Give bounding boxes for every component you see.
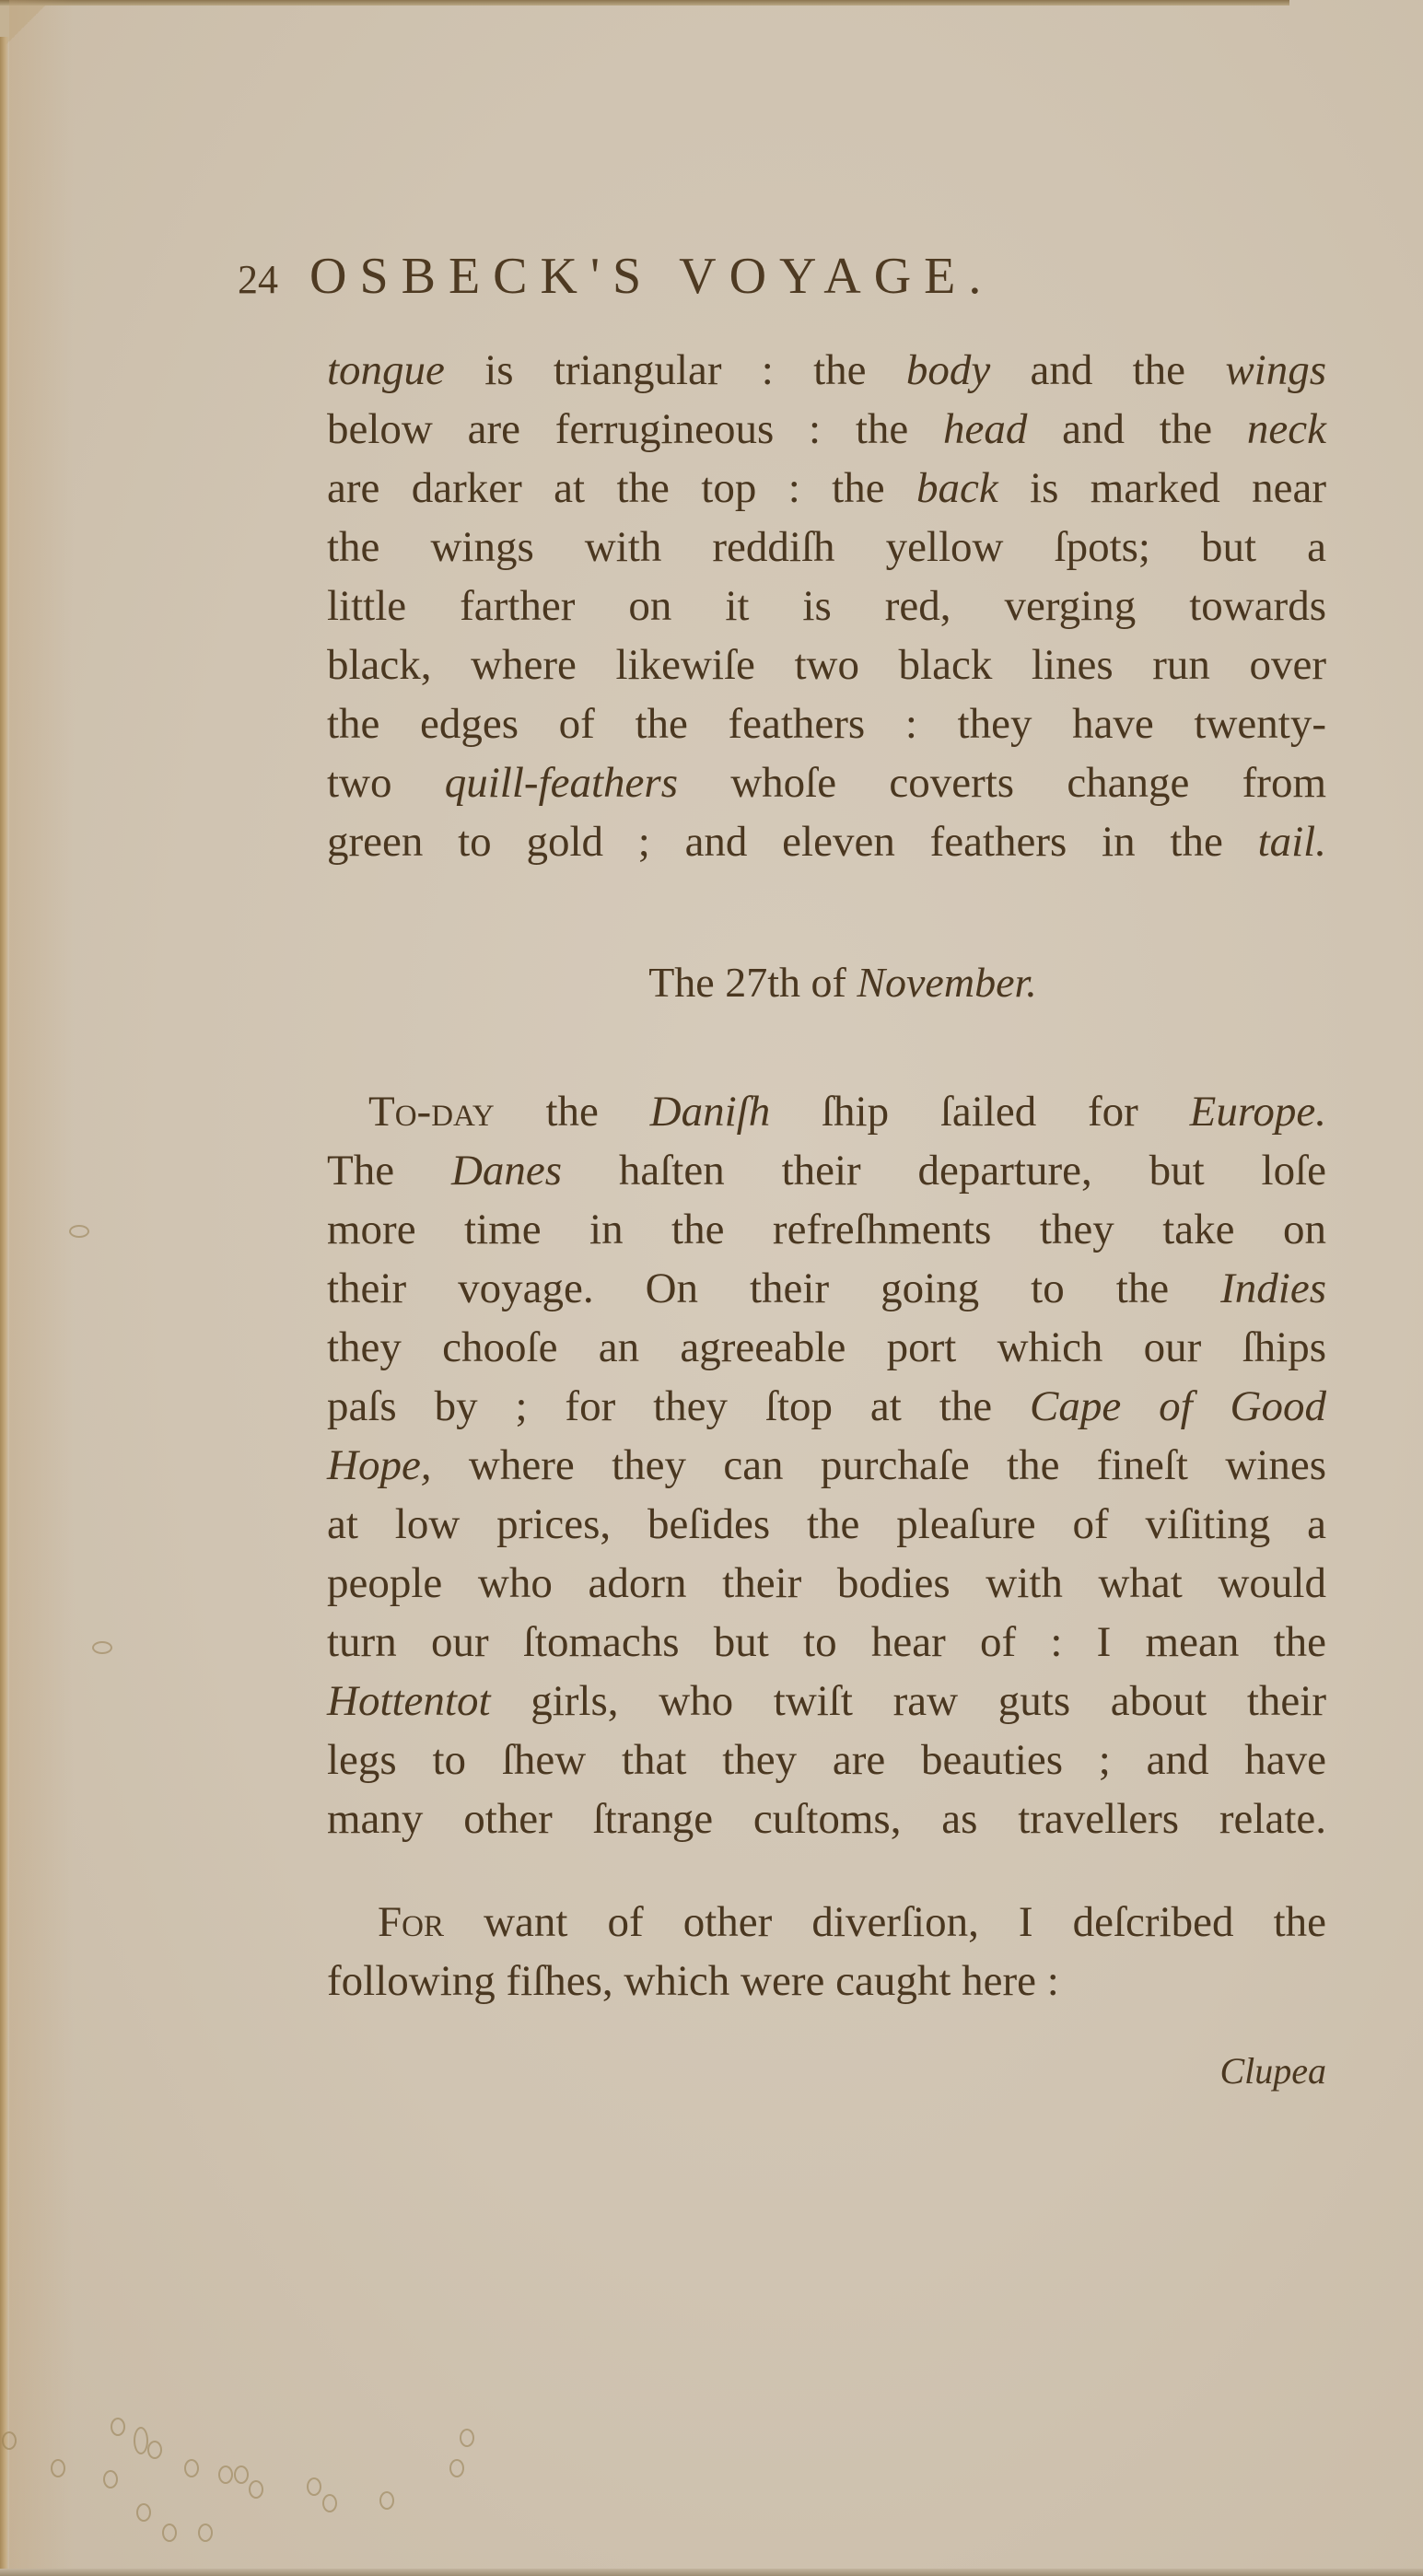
text-run: and the: [990, 346, 1225, 394]
italic-text: back: [916, 464, 998, 512]
text-line: the wings with reddiſh yellow ſpots; but…: [327, 518, 1326, 577]
book-page: 24OSBECK'S VOYAGE. tongue is triangular …: [0, 0, 1423, 2576]
page-number: 24: [238, 257, 278, 302]
page-top-edge: [0, 0, 1289, 6]
italic-text: Hottentot: [327, 1677, 491, 1725]
text-line: people who adorn their bodies with what …: [327, 1554, 1326, 1613]
text-run: two: [327, 759, 445, 807]
text-run: whoſe coverts change from: [678, 759, 1326, 807]
text-line: little farther on it is red, verging tow…: [327, 577, 1326, 635]
text-line: are darker at the top : the back is mark…: [327, 459, 1326, 518]
text-line: their voyage. On their going to the Indi…: [327, 1259, 1326, 1318]
text-line: following fiſhes, which were caught here…: [327, 1952, 1326, 2011]
text-line: turn our ſtomachs but to hear of : I mea…: [327, 1613, 1326, 1672]
text-run: To-day: [368, 1088, 495, 1136]
section-heading-prefix: The 27th of: [648, 959, 857, 1006]
text-run: For: [378, 1898, 444, 1946]
text-line: To-day the Daniſh ſhip ſailed for Europe…: [368, 1082, 1326, 1141]
italic-text: quill-feathers: [445, 759, 678, 807]
text-run: paſs by ; for they ſtop at the: [327, 1382, 1030, 1430]
text-run: below are ferrugineous : the: [327, 405, 943, 453]
italic-text: Cape of Good: [1030, 1382, 1326, 1430]
italic-text: tail.: [1258, 818, 1326, 866]
text-line: many other ſtrange cuſtoms, as traveller…: [327, 1789, 1326, 1848]
text-run: more time in the refreſhments they take …: [327, 1206, 1326, 1253]
text-line: Hope, where they can purchaſe the fineſt…: [327, 1436, 1326, 1495]
catchword: Clupea: [1202, 2049, 1326, 2092]
page-gutter-shadow: [9, 0, 74, 2576]
italic-text: wings: [1225, 346, 1326, 394]
text-run: haſten their departure, but loſe: [562, 1147, 1326, 1195]
page-bottom-edge: [0, 2569, 1423, 2576]
text-line: tongue is triangular : the body and the …: [327, 341, 1326, 400]
text-run: they chooſe an agreeable port which our …: [327, 1323, 1326, 1371]
text-run: The: [327, 1147, 451, 1195]
section-heading-month: November.: [857, 959, 1036, 1006]
text-line: paſs by ; for they ſtop at the Cape of G…: [327, 1377, 1326, 1436]
italic-text: Europe.: [1190, 1088, 1326, 1136]
italic-text: Indies: [1220, 1265, 1326, 1312]
italic-text: neck: [1247, 405, 1326, 453]
text-run: the: [495, 1088, 650, 1136]
text-run: ſhip ſailed for: [770, 1088, 1189, 1136]
text-run: many other ſtrange cuſtoms, as traveller…: [327, 1795, 1326, 1843]
text-line: more time in the refreſhments they take …: [327, 1200, 1326, 1259]
italic-text: tongue: [327, 346, 445, 394]
text-run: green to gold ; and eleven feathers in t…: [327, 818, 1258, 866]
text-line: Hottentot girls, who twiſt raw guts abou…: [327, 1672, 1326, 1731]
text-run: where they can purchaſe the fineſt wines: [432, 1441, 1326, 1489]
text-run: at low prices, beſides the pleaſure of v…: [327, 1500, 1326, 1548]
text-line: For want of other diverſion, I deſcribed…: [378, 1893, 1326, 1952]
text-run: little farther on it is red, verging tow…: [327, 582, 1326, 630]
text-line: green to gold ; and eleven feathers in t…: [327, 812, 1326, 871]
page-spine-edge: [0, 37, 9, 2576]
running-header: 24OSBECK'S VOYAGE.: [238, 247, 994, 306]
text-line: below are ferrugineous : the head and th…: [327, 400, 1326, 459]
italic-text: head: [943, 405, 1027, 453]
italic-text: Danes: [451, 1147, 562, 1195]
italic-text: body: [906, 346, 990, 394]
section-heading-date: The 27th of November.: [566, 958, 1119, 1007]
text-run: girls, who twiſt raw guts about their: [491, 1677, 1326, 1725]
text-run: people who adorn their bodies with what …: [327, 1559, 1326, 1607]
running-title: OSBECK'S VOYAGE.: [309, 248, 994, 305]
text-run: the edges of the feathers : they have tw…: [327, 700, 1326, 748]
text-run: and the: [1027, 405, 1247, 453]
text-run: is marked near: [998, 464, 1326, 512]
text-line: The Danes haſten their departure, but lo…: [327, 1141, 1326, 1200]
text-line: black, where likewiſe two black lines ru…: [327, 635, 1326, 694]
text-run: following fiſhes, which were caught here…: [327, 1957, 1059, 2005]
italic-text: Hope,: [327, 1441, 432, 1489]
text-line: the edges of the feathers : they have tw…: [327, 694, 1326, 753]
text-line: legs to ſhew that they are beauties ; an…: [327, 1731, 1326, 1789]
text-run: is triangular : the: [445, 346, 906, 394]
text-run: black, where likewiſe two black lines ru…: [327, 641, 1326, 689]
italic-text: Daniſh: [650, 1088, 771, 1136]
text-run: the wings with reddiſh yellow ſpots; but…: [327, 523, 1326, 571]
text-run: turn our ſtomachs but to hear of : I mea…: [327, 1618, 1326, 1666]
text-run: want of other diverſion, I deſcribed the: [444, 1898, 1326, 1946]
text-run: are darker at the top : the: [327, 464, 916, 512]
text-run: legs to ſhew that they are beauties ; an…: [327, 1736, 1326, 1784]
text-line: at low prices, beſides the pleaſure of v…: [327, 1495, 1326, 1554]
text-line: two quill-feathers whoſe coverts change …: [327, 753, 1326, 812]
text-run: their voyage. On their going to the: [327, 1265, 1220, 1312]
text-line: they chooſe an agreeable port which our …: [327, 1318, 1326, 1377]
